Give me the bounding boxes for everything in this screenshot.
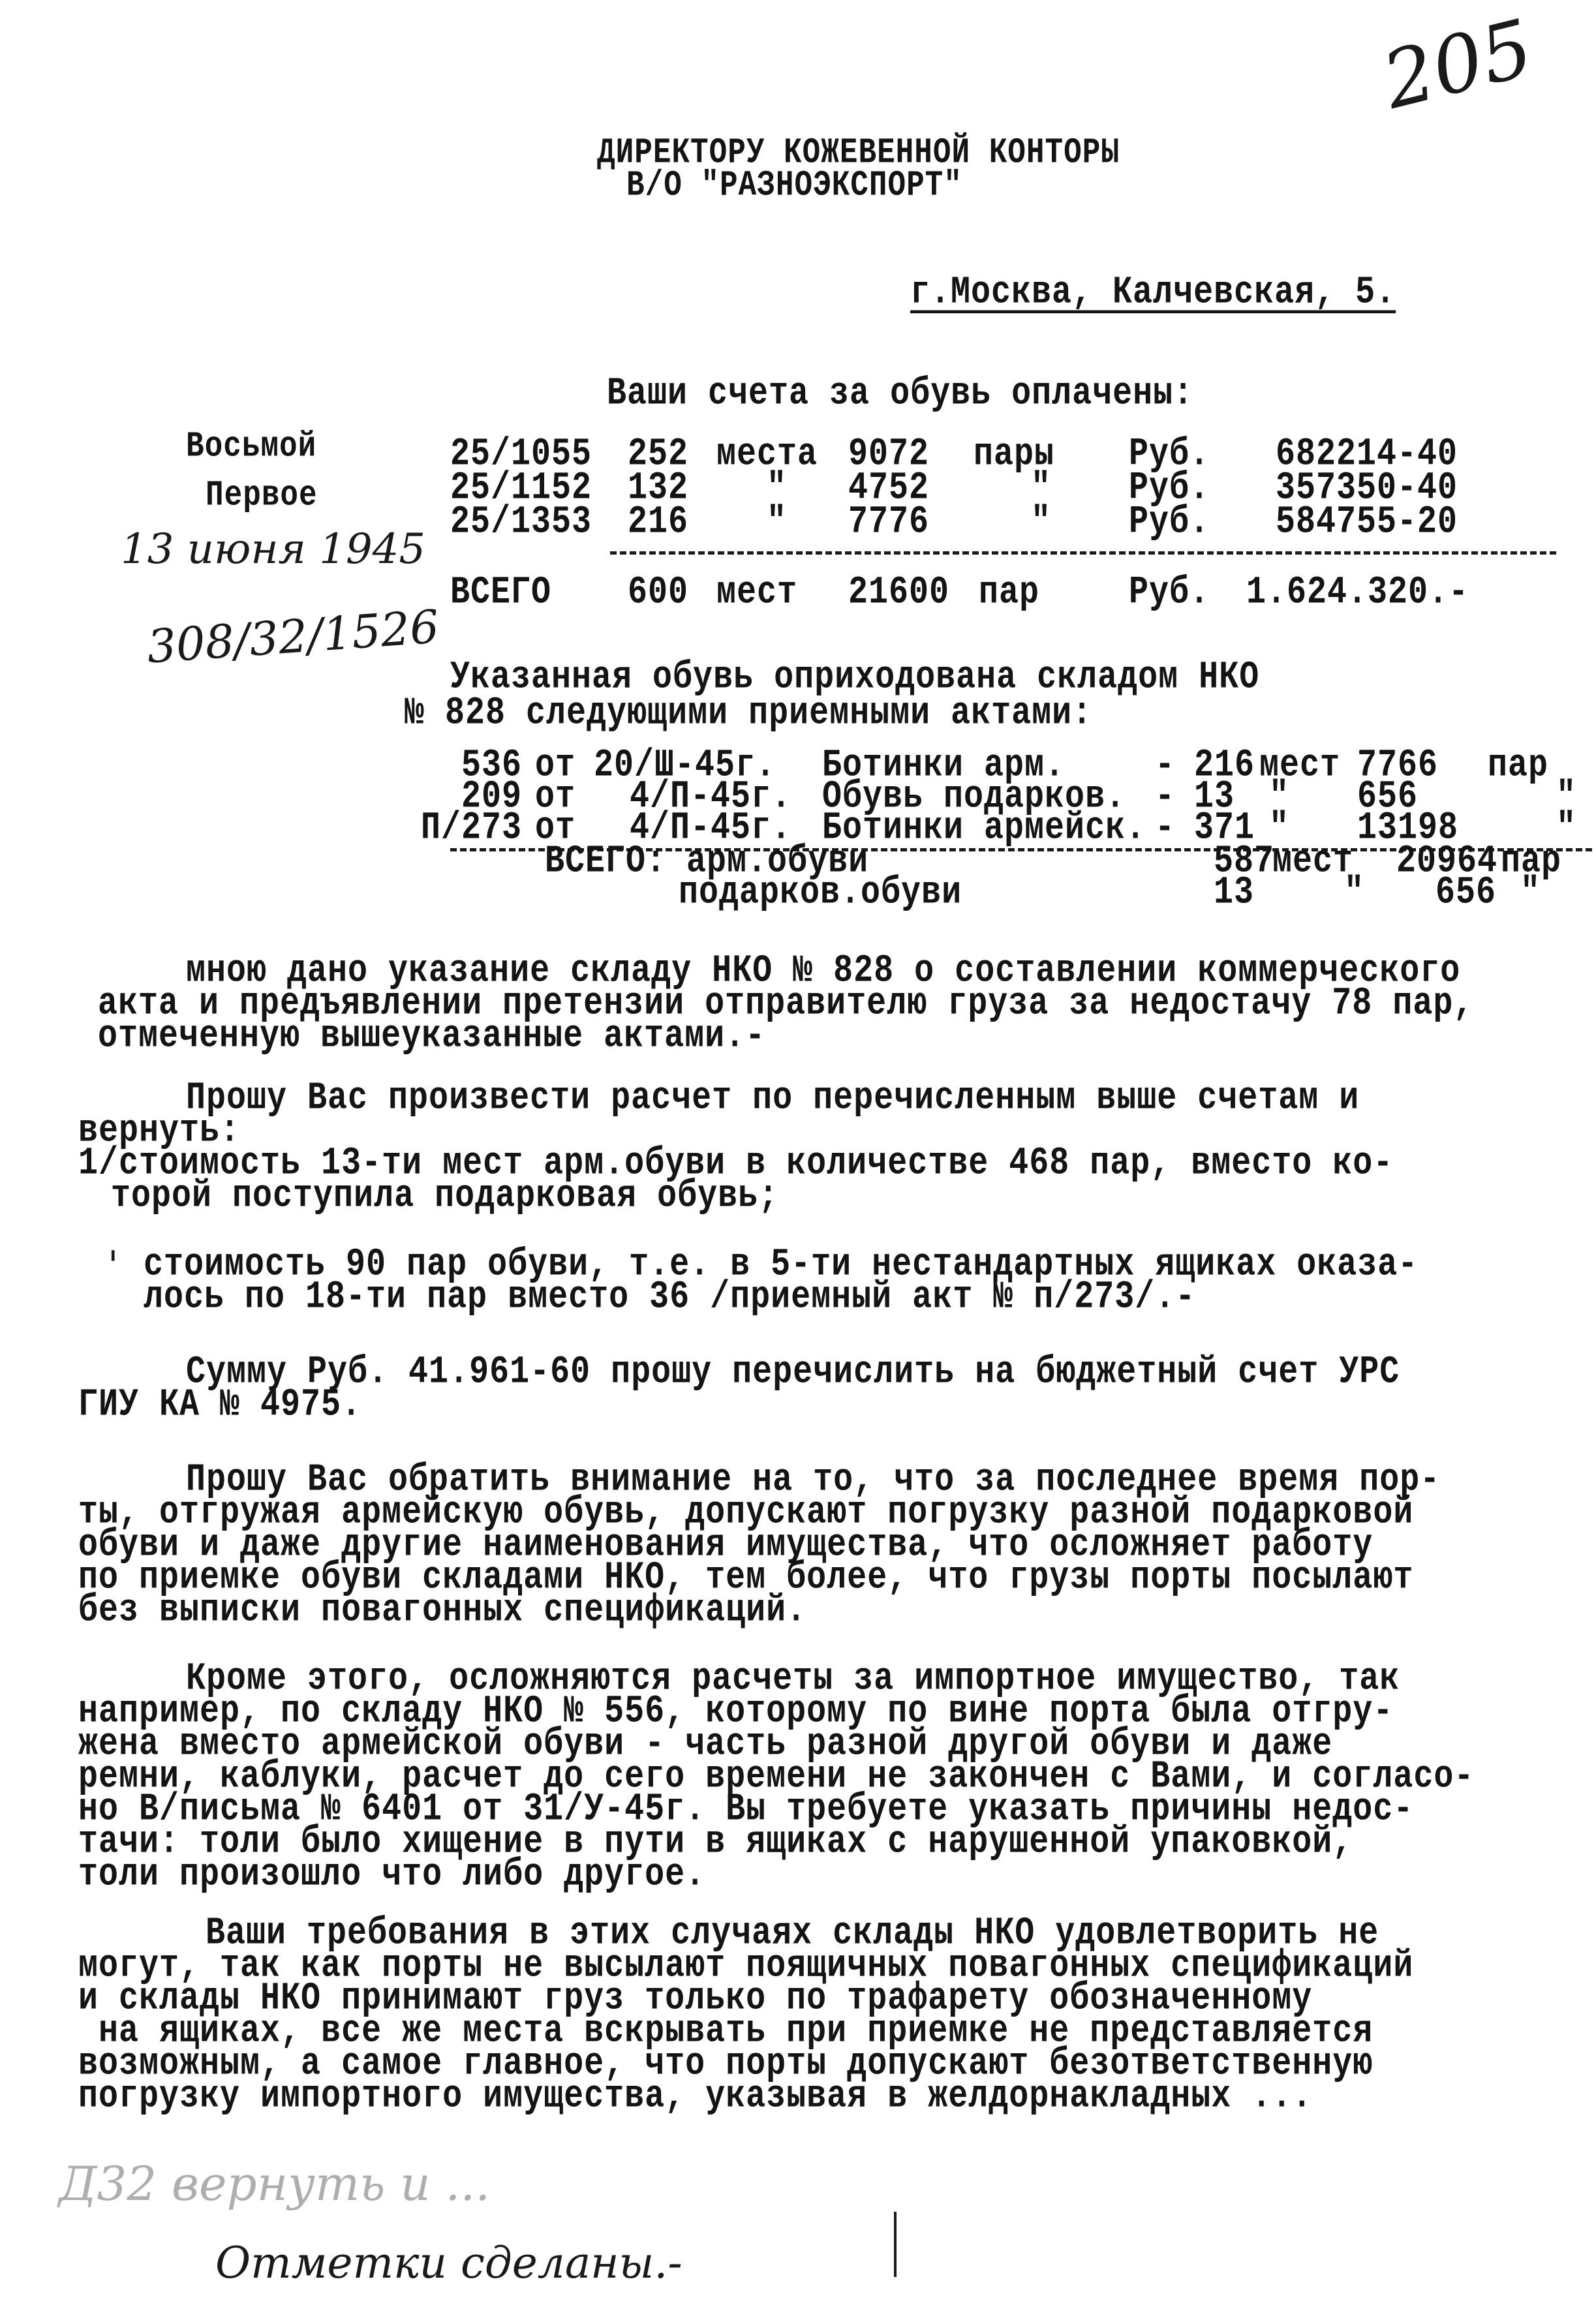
handwritten-faint-note: Д32 вернуть и ... [59,2156,490,2211]
invoice-number: 25/1353 [450,504,592,542]
act-dash: - [1155,810,1175,848]
margin-bracket-mark [894,2212,897,2277]
handwritten-signature-note: Отметки сделаны.- [215,2238,683,2288]
act-number: П/273 [421,810,522,848]
copy-label-1: Восьмой [186,427,316,466]
act-pairs-unit: пар [1488,747,1548,786]
invoice-total-pairs-unit: пар [979,574,1039,613]
handwritten-date: 13 июня 1945 [121,525,425,573]
invoice-currency: Руб. [1129,504,1210,542]
invoice-total-places: 600 [628,574,688,613]
document-page: 205 ДИРЕКТОРУ КОЖЕВЕННОЙ КОНТОРЫ В/О "РА… [0,0,1596,2307]
act-total-label: подарков.обуви [679,874,962,913]
margin-tick-mark: ' [108,1243,119,1289]
p6-line: толи произошло что либо другое. [78,1856,705,1895]
invoice-amount: 584755-20 [1276,504,1458,542]
handwritten-reference: 308/32/1526 [146,600,441,673]
addressee-line-2: В/О "РАЗНОЭКСПОРТ" [626,166,962,205]
p4-line: Сумму Руб. 41.961-60 прошу перечислить н… [186,1354,1400,1392]
act-item: Ботинки армейск. [822,810,1146,848]
invoice-pairs: 7776 [848,504,929,542]
p1-line: отмеченную вышеуказанные актами.- [98,1018,765,1056]
invoices-intro: Ваши счета за обувь оплачены: [607,375,1193,414]
p2-line: торой поступила подарковая обувь; [111,1178,778,1216]
p4-line: ГИУ КА № 4975. [78,1386,361,1425]
p5-line: без выписки повагонных спецификаций. [78,1592,806,1630]
act-total-pairs: 656 [1435,874,1496,913]
invoice-places-unit: " [767,504,787,542]
p2-line: Прошу Вас произвести расчет по перечисле… [186,1080,1359,1118]
act-total-places: 13 [1214,874,1254,913]
invoice-total-places-unit: мест [716,574,797,613]
invoice-pairs-unit: " [1031,504,1051,542]
copy-label-2: Первое [206,476,318,515]
acts-intro-line-2: № 828 следующими приемными актами: [405,695,1092,733]
invoice-total-pairs: 21600 [848,574,949,613]
p3-line: лось по 18-ти пар вместо 36 /приемный ак… [144,1279,1195,1317]
act-total-places-unit: мест [1272,843,1353,881]
p7-line: погрузку импортного имущества, указывая … [78,2078,1312,2116]
page-number: 205 [1375,3,1542,127]
invoice-total-currency: Руб. [1129,574,1210,613]
addressee-address: г.Москва, Калчевская, 5. [910,274,1396,313]
invoice-total-rule [610,551,1556,555]
invoice-places: 216 [628,504,688,542]
invoice-total-amount: 1.624.320.- [1246,574,1469,613]
act-total-places-unit: " [1344,874,1364,913]
invoice-total-label: ВСЕГО [450,574,551,613]
act-total-pairs-unit: " [1520,874,1541,913]
